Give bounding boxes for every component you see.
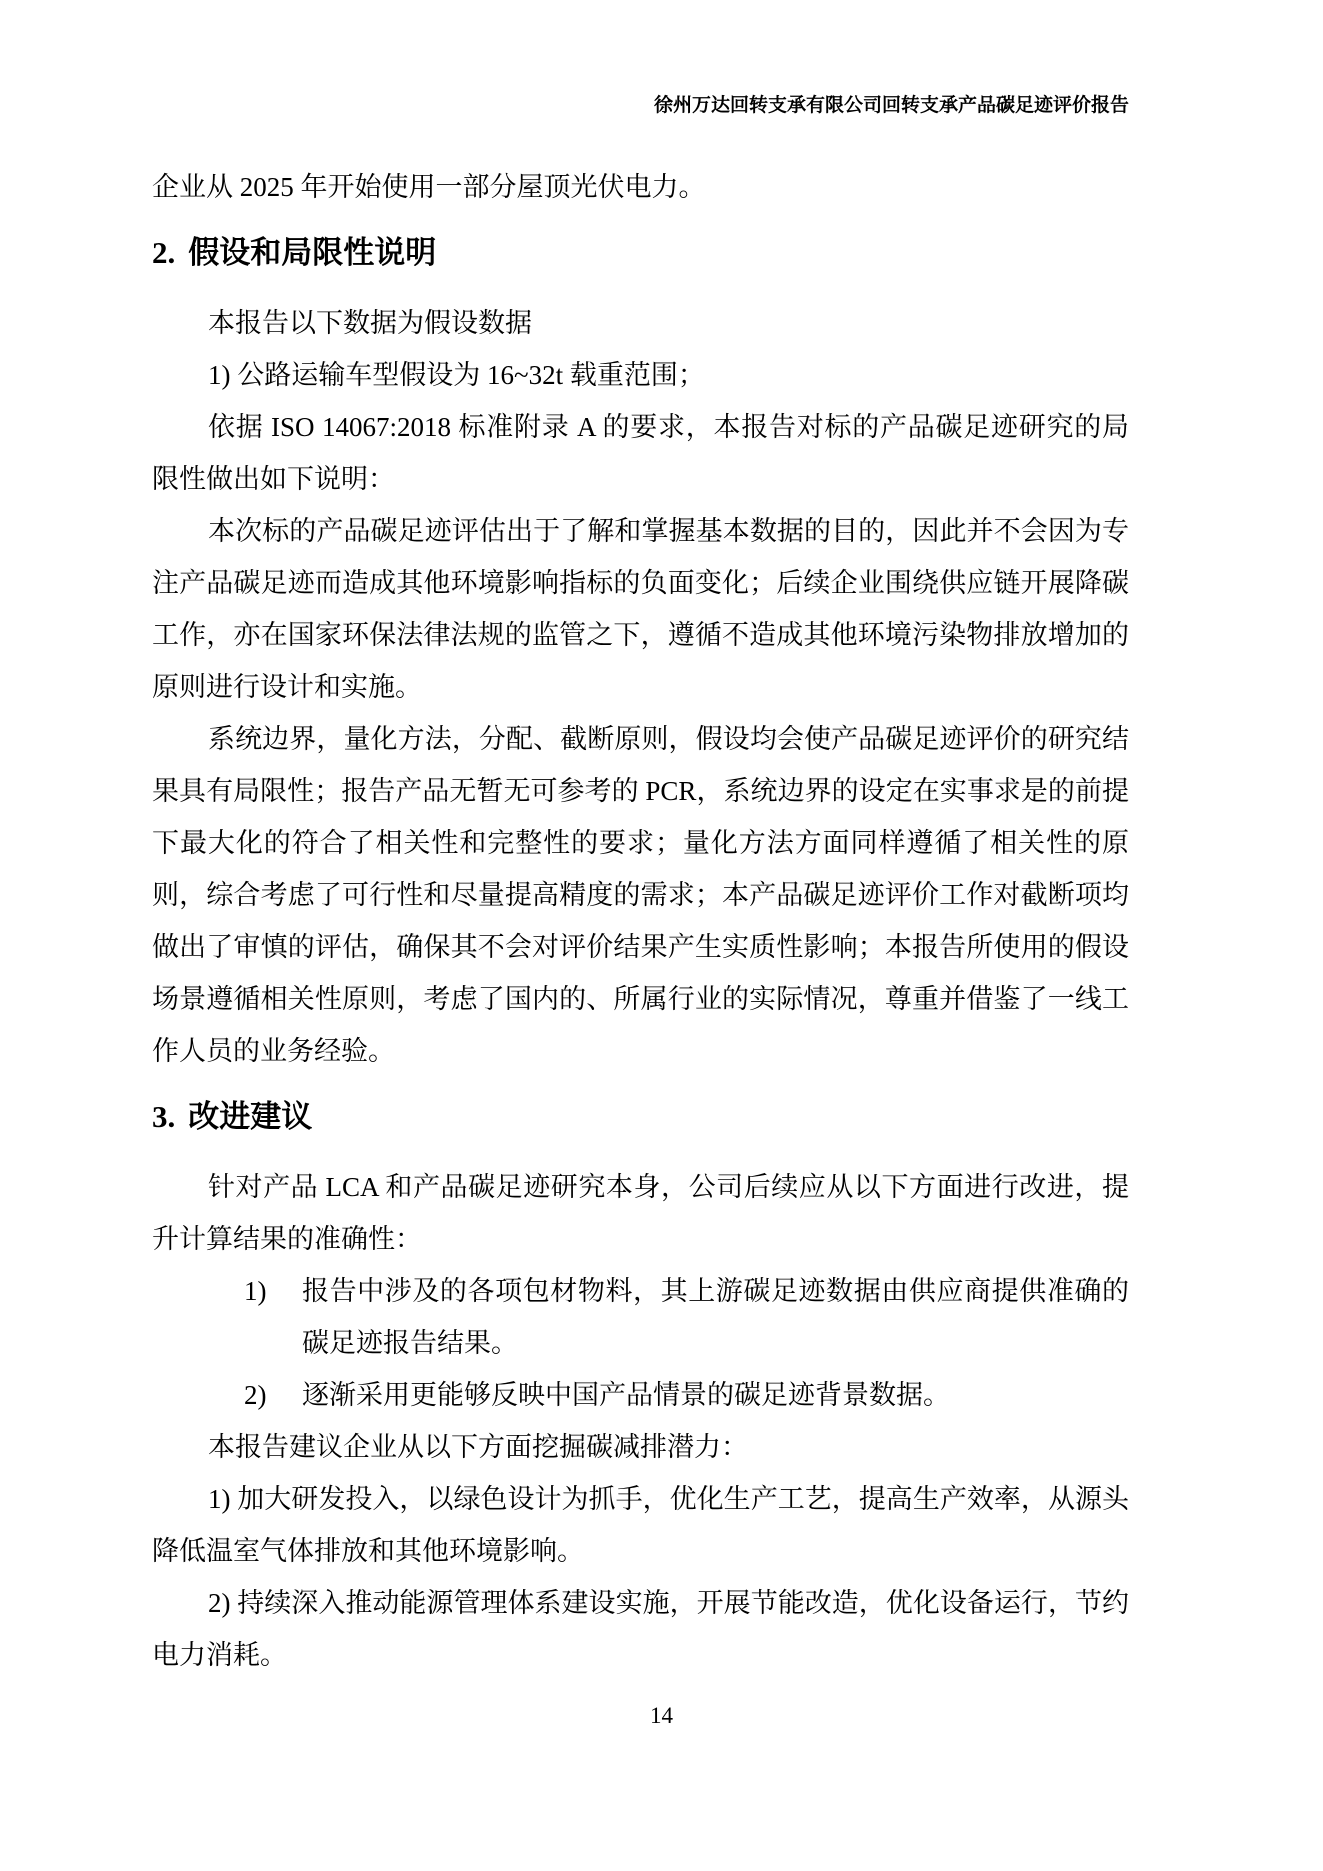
document-page: 徐州万达回转支承有限公司回转支承产品碳足迹评价报告 企业从 2025 年开始使用…	[0, 0, 1323, 1871]
page-header: 徐州万达回转支承有限公司回转支承产品碳足迹评价报告	[152, 94, 1129, 118]
paragraph-limitations: 系统边界，量化方法，分配、截断原则，假设均会使产品碳足迹评价的研究结果具有局限性…	[152, 713, 1129, 1077]
paragraph-improvement-intro: 针对产品 LCA 和产品碳足迹研究本身，公司后续应从以下方面进行改进，提升计算结…	[152, 1161, 1129, 1265]
list-item-packaging-data: 1) 报告中涉及的各项包材物料，其上游碳足迹数据由供应商提供准确的碳足迹报告结果…	[152, 1265, 1129, 1369]
section-3-title: 改进建议	[188, 1099, 312, 1134]
list-item-text: 逐渐采用更能够反映中国产品情景的碳足迹背景数据。	[302, 1380, 950, 1410]
page-footer: 14	[0, 1702, 1323, 1730]
document-body: 企业从 2025 年开始使用一部分屋顶光伏电力。 2.假设和局限性说明 本报告以…	[152, 161, 1129, 1681]
list-item-text: 报告中涉及的各项包材物料，其上游碳足迹数据由供应商提供准确的碳足迹报告结果。	[302, 1276, 1129, 1358]
list-item-background-data: 2) 逐渐采用更能够反映中国产品情景的碳足迹背景数据。	[152, 1369, 1129, 1421]
section-2-title: 假设和局限性说明	[188, 235, 436, 270]
section-2-number: 2.	[152, 235, 175, 270]
paragraph-assumption-intro: 本报告以下数据为假设数据	[152, 297, 1129, 349]
paragraph-iso-basis: 依据 ISO 14067:2018 标准附录 A 的要求，本报告对标的产品碳足迹…	[152, 401, 1129, 505]
paragraph-reduction-intro: 本报告建议企业从以下方面挖掘碳减排潜力：	[152, 1421, 1129, 1473]
paragraph-rd-investment: 1) 加大研发投入，以绿色设计为抓手，优化生产工艺，提高生产效率，从源头降低温室…	[152, 1473, 1129, 1577]
paragraph-energy-management: 2) 持续深入推动能源管理体系建设实施，开展节能改造，优化设备运行，节约电力消耗…	[152, 1577, 1129, 1681]
section-3-heading: 3.改进建议	[152, 1091, 1129, 1143]
section-2-heading: 2.假设和局限性说明	[152, 227, 1129, 279]
list-item-transport-assumption: 1) 公路运输车型假设为 16~32t 载重范围；	[152, 349, 1129, 401]
list-item-marker: 2)	[244, 1369, 267, 1421]
paragraph-purpose: 本次标的产品碳足迹评估出于了解和掌握基本数据的目的，因此并不会因为专注产品碳足迹…	[152, 505, 1129, 713]
list-item-marker: 1)	[244, 1265, 267, 1317]
section-3-number: 3.	[152, 1099, 175, 1134]
paragraph-intro: 企业从 2025 年开始使用一部分屋顶光伏电力。	[152, 161, 1129, 213]
header-title: 徐州万达回转支承有限公司回转支承产品碳足迹评价报告	[654, 95, 1129, 116]
page-number: 14	[650, 1703, 673, 1728]
